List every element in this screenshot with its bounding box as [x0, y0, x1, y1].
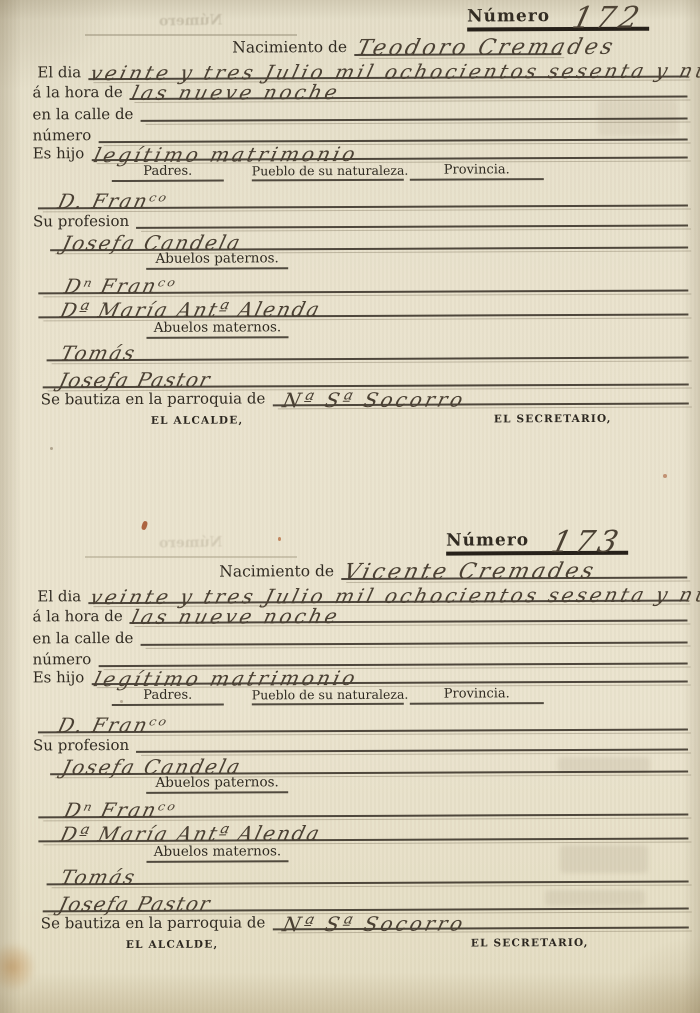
ruled-line: legítimo matrimonio — [91, 143, 688, 162]
legitimacy-value: legítimo matrimonio — [91, 144, 359, 165]
legitimacy-row: Es hijo legítimo matrimonio — [33, 133, 688, 162]
child-name-row: Nacimiento de Teodoro Cremades — [232, 33, 561, 56]
es-hijo-label: Es hijo — [33, 669, 92, 686]
bautiza-label: Se bautiza en la parroquia de — [41, 390, 273, 408]
nacimiento-de-label: Nacimiento de — [232, 39, 354, 57]
ruled-line: legítimo matrimonio — [91, 667, 688, 686]
bautiza-label: Se bautiza en la parroquia de — [41, 914, 273, 932]
nacimiento-de-label: Nacimiento de — [219, 563, 341, 581]
birth-record-173: Número 173 Nacimiento de Vicente Cremade… — [0, 528, 700, 963]
paper-stain — [663, 474, 667, 478]
maternal-grandfather-row: Tomás — [46, 855, 688, 886]
record-number-row: Número 172 — [0, 4, 699, 33]
parish-value: Nª Sª Socorro — [280, 389, 467, 410]
ruled-line: Josefa Candela — [50, 231, 688, 252]
provincia-column-header: Provincia. — [410, 686, 544, 705]
record-number-value: 173 — [548, 528, 625, 558]
mother-row: Josefa Candela — [50, 745, 688, 776]
numero-label: Número — [467, 8, 557, 25]
record-number-group: Número 172 — [467, 1, 649, 32]
numero-label: Número — [446, 532, 536, 549]
ruled-line: Dª María Antª Alenda — [38, 822, 688, 843]
alcalde-signature-label: EL ALCALDE, — [151, 414, 243, 426]
maternal-grandfather-row: Tomás — [46, 331, 688, 362]
baptism-parish-row: Se bautiza en la parroquia de Nª Sª Soco… — [41, 901, 689, 932]
provincia-column-header: Provincia. — [410, 162, 544, 181]
birth-register-page: Número Número Número 172 Nacimiento de T… — [0, 0, 700, 1013]
ruled-line: Teodoro Cremades — [354, 37, 561, 56]
secretario-signature-label: EL SECRETARIO, — [471, 937, 589, 950]
ruled-line: Dª María Antª Alenda — [38, 298, 688, 319]
paternal-grandmother-value: Dª María Antª Alenda — [58, 299, 323, 320]
signatures-row: EL ALCALDE, EL SECRETARIO, — [1, 934, 700, 951]
paternal-grandmother-row: Dª María Antª Alenda — [38, 288, 688, 319]
paper-stain — [141, 520, 149, 530]
parish-value: Nª Sª Socorro — [280, 913, 467, 934]
signatures-row: EL ALCALDE, EL SECRETARIO, — [1, 410, 700, 427]
paper-stain — [50, 447, 53, 450]
legitimacy-row: Es hijo legítimo matrimonio — [33, 657, 688, 686]
record-number-group: Número 173 — [446, 525, 628, 556]
record-number-value: 172 — [569, 4, 646, 34]
record-number-row: Número 173 — [0, 528, 699, 557]
padres-column-header: Padres. — [112, 164, 224, 182]
alcalde-signature-label: EL ALCALDE, — [126, 939, 218, 951]
ruled-line: Josefa Candela — [50, 755, 688, 776]
pueblo-column-header: Pueblo de su naturaleza. — [252, 163, 404, 182]
secretario-signature-label: EL SECRETARIO, — [494, 413, 612, 426]
legitimacy-value: legítimo matrimonio — [91, 668, 359, 689]
baptism-parish-row: Se bautiza en la parroquia de Nª Sª Soco… — [41, 377, 689, 408]
birth-record-172: Número 172 Nacimiento de Teodoro Cremade… — [0, 4, 700, 439]
ruled-line: Nª Sª Socorro — [272, 389, 689, 407]
ruled-line: Nª Sª Socorro — [272, 913, 689, 931]
padres-column-header: Padres. — [112, 688, 224, 706]
mother-row: Josefa Candela — [50, 221, 688, 252]
paternal-grandmother-value: Dª María Antª Alenda — [58, 823, 323, 844]
paternal-grandmother-row: Dª María Antª Alenda — [38, 812, 688, 843]
pueblo-column-header: Pueblo de su naturaleza. — [252, 687, 404, 706]
es-hijo-label: Es hijo — [33, 145, 92, 162]
